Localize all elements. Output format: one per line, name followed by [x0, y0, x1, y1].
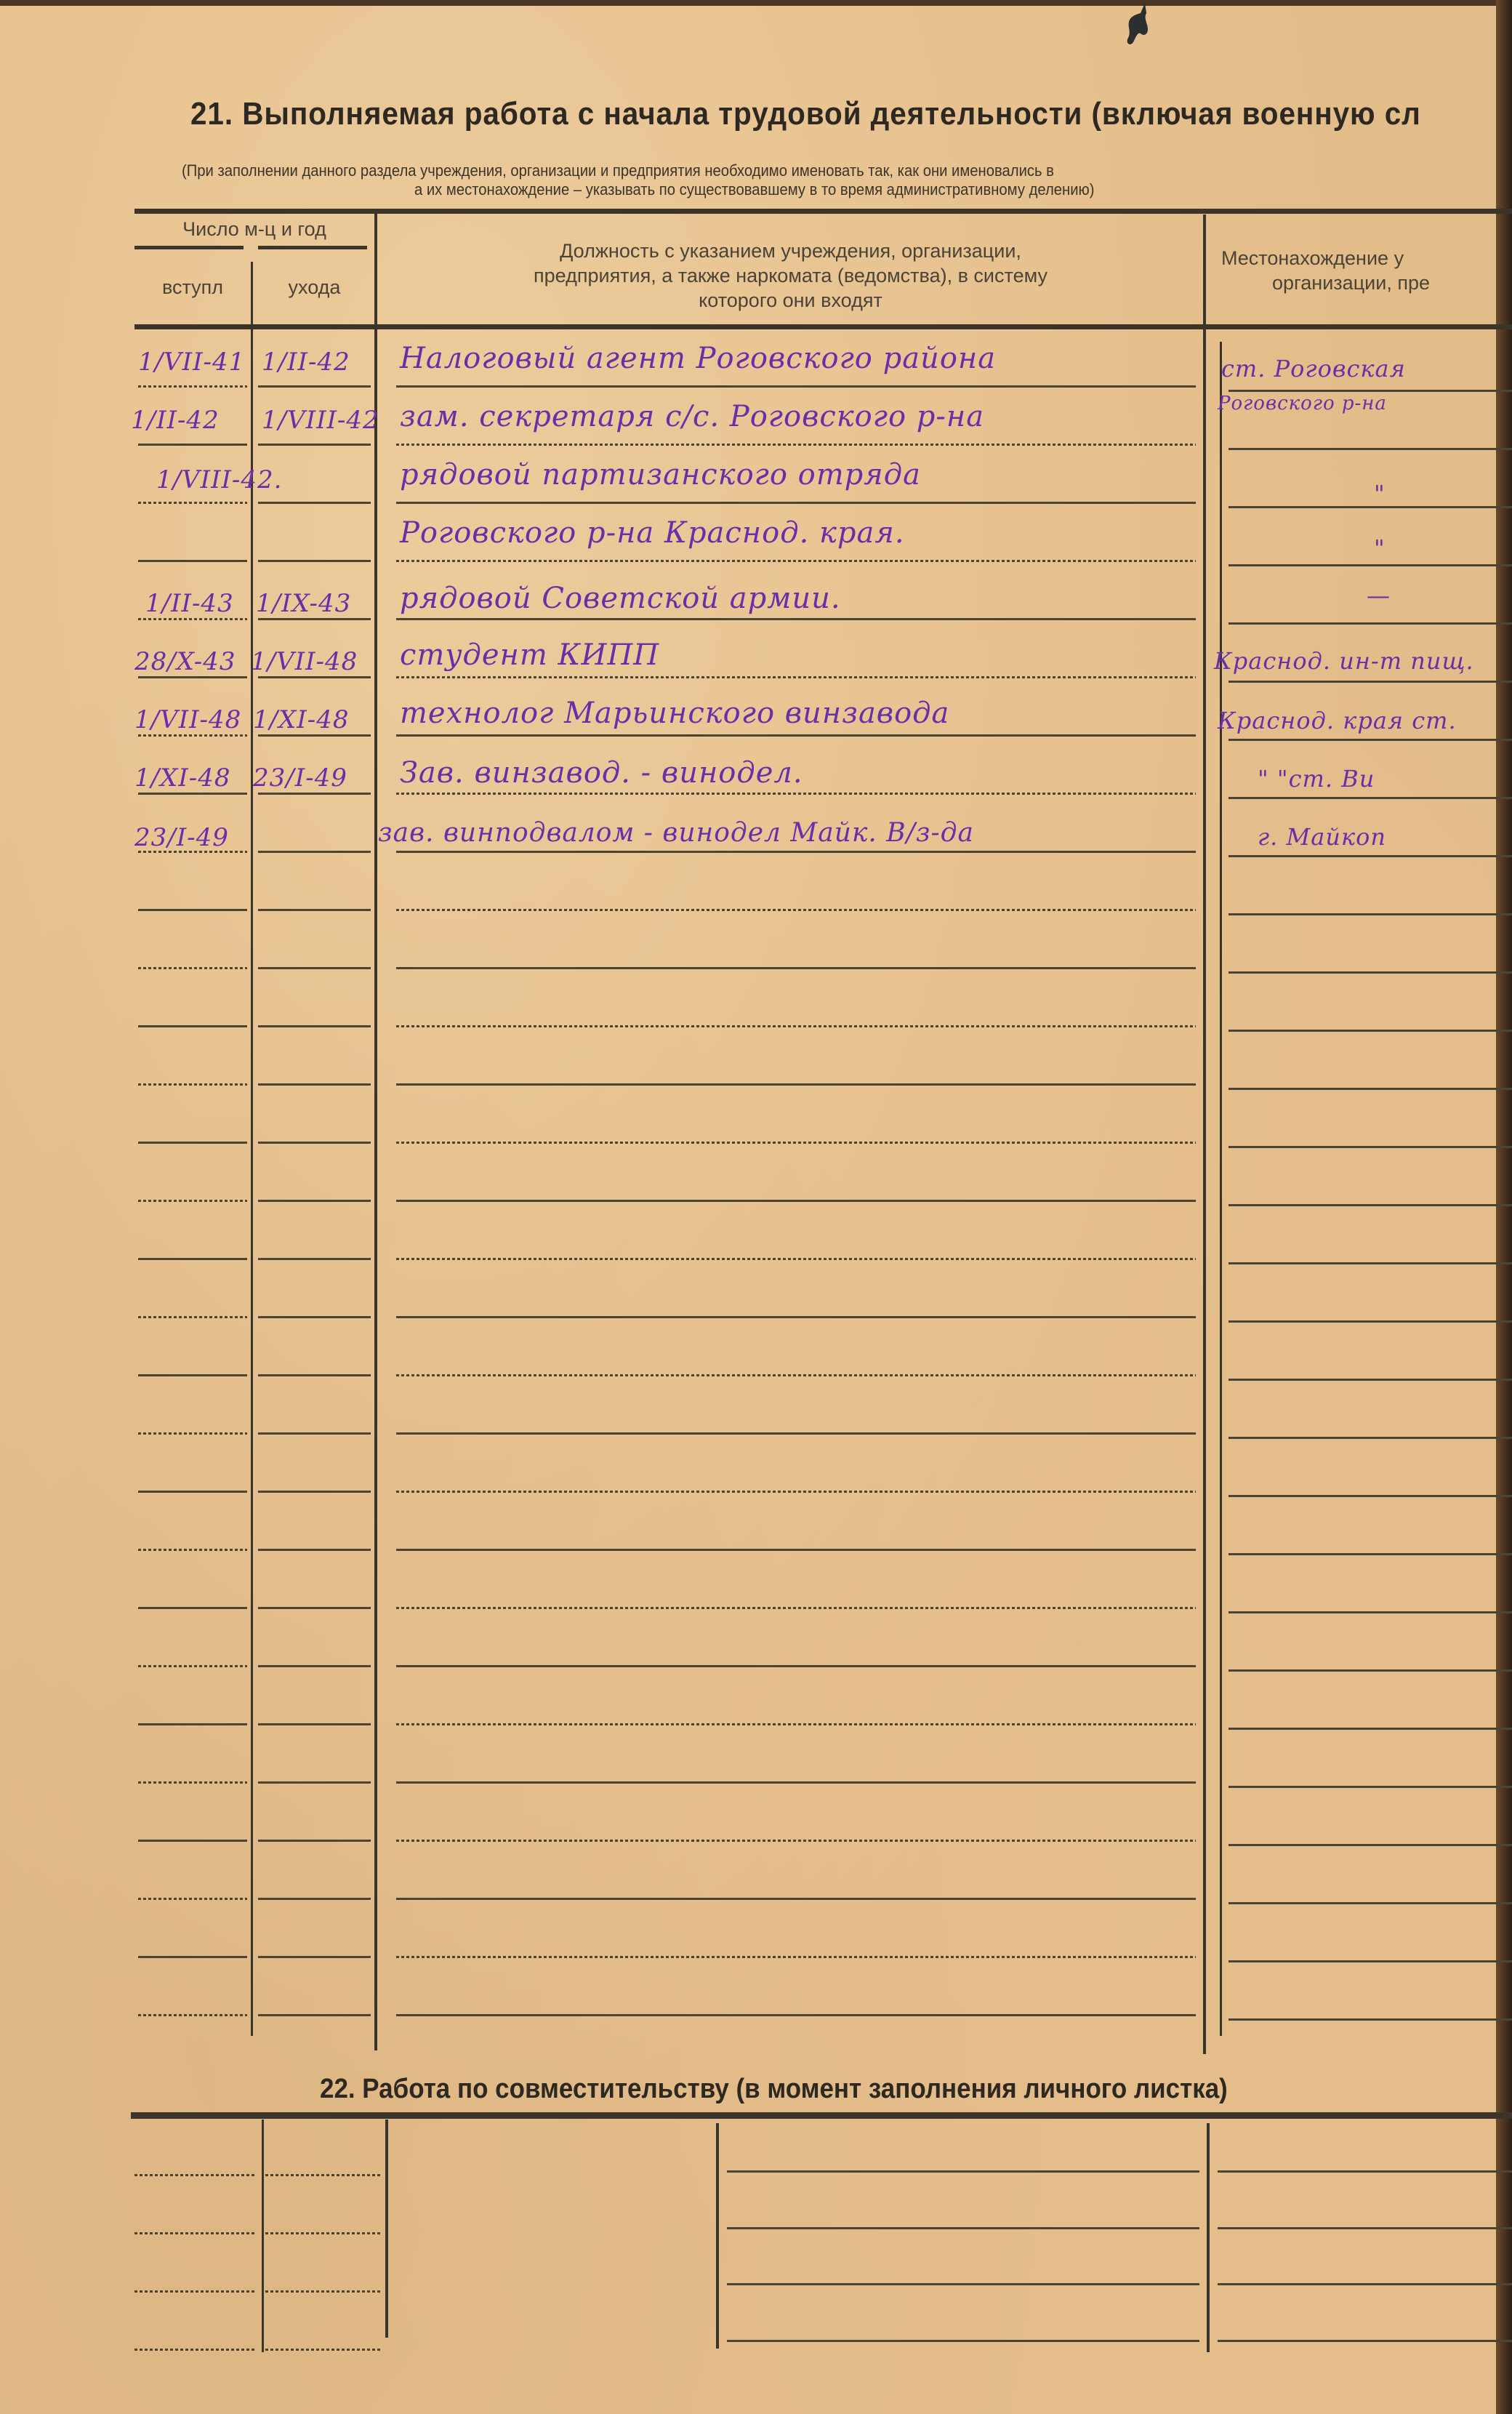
- ruled-line: [134, 2232, 254, 2234]
- ruled-line: [138, 1781, 247, 1784]
- ruled-line: [138, 1258, 247, 1260]
- ruled-line: [396, 967, 1196, 969]
- row-location: Краснод. ин-т пищ.: [1214, 647, 1474, 675]
- ruled-line: [138, 2014, 247, 2016]
- ruled-line: [258, 2014, 371, 2016]
- ruled-line: [396, 1898, 1196, 1900]
- ruled-line: [258, 618, 371, 620]
- ruled-line: [258, 793, 371, 795]
- ruled-line: [1228, 971, 1512, 974]
- ruled-line: [396, 1142, 1196, 1144]
- table-top-rule: [134, 209, 1512, 214]
- ruled-line: [396, 1549, 1196, 1551]
- ruled-line: [265, 2174, 382, 2176]
- ruled-line: [727, 2340, 1199, 2342]
- ruled-line: [1228, 1030, 1512, 1032]
- row-position: рядовой Советской армии.: [400, 582, 841, 615]
- ruled-line: [1228, 1728, 1512, 1730]
- ruled-line: [396, 618, 1196, 620]
- ruled-line: [1228, 622, 1512, 625]
- ruled-line: [258, 734, 371, 737]
- ruled-line: [265, 2349, 382, 2351]
- ruled-line: [1228, 1669, 1512, 1672]
- ruled-line: [396, 1025, 1196, 1027]
- ruled-line: [1228, 1146, 1512, 1148]
- ruled-line: [1228, 1320, 1512, 1323]
- row-location: ст. Роговская: [1221, 355, 1406, 382]
- header-group-rule: [134, 246, 244, 249]
- ruled-line: [1218, 2227, 1512, 2229]
- row-location: Роговского р-на: [1218, 393, 1387, 414]
- ruled-line: [396, 1840, 1196, 1842]
- ruled-line: [258, 1432, 371, 1435]
- ruled-line: [396, 1432, 1196, 1435]
- ruled-line: [258, 676, 371, 678]
- row-start-date: 1/II-42: [131, 406, 220, 435]
- row-location: ": [1374, 534, 1386, 562]
- binding-edge: [1496, 0, 1512, 2414]
- ruled-line: [396, 1083, 1196, 1086]
- ruled-line: [1228, 506, 1512, 508]
- ruled-line: [396, 1607, 1196, 1609]
- ruled-line: [396, 385, 1196, 388]
- ruled-line: [1228, 448, 1512, 450]
- ruled-line: [1228, 1902, 1512, 1904]
- row-location: г. Майкоп: [1258, 823, 1386, 851]
- ruled-line: [1228, 1088, 1512, 1090]
- ruled-line: [396, 1374, 1196, 1376]
- ruled-line: [138, 1898, 247, 1900]
- ruled-line: [396, 1723, 1196, 1725]
- ruled-line: [396, 2014, 1196, 2016]
- ruled-line: [138, 967, 247, 969]
- row-end-date: 1/VIII-42: [262, 406, 379, 435]
- ruled-line: [1228, 1437, 1512, 1439]
- ruled-line: [1228, 1379, 1512, 1381]
- section-22-title: 22. Работа по совместительству (в момент…: [320, 2074, 1228, 2105]
- binding-thread-knot-icon: [1116, 3, 1159, 48]
- ruled-line: [138, 1549, 247, 1551]
- ruled-line: [1228, 1611, 1512, 1613]
- row-start-date: 1/II-43: [145, 589, 234, 618]
- ruled-line: [258, 1142, 371, 1144]
- section-21-note-line1: (При заполнении данного раздела учрежден…: [182, 161, 1054, 180]
- ruled-line: [1228, 1204, 1512, 1206]
- ruled-line: [258, 1956, 371, 1958]
- ruled-line: [138, 793, 247, 795]
- ruled-line: [138, 560, 247, 562]
- ruled-line: [727, 2170, 1199, 2173]
- ruled-line: [396, 560, 1196, 562]
- ruled-line: [1218, 2170, 1512, 2173]
- ruled-line: [727, 2283, 1199, 2285]
- ruled-line: [138, 1665, 247, 1667]
- row-position: Зав. винзавод. - винодел.: [400, 756, 803, 790]
- ruled-line: [138, 676, 247, 678]
- column-divider: [1203, 214, 1206, 2054]
- header-location: Местонахождение у организации, пре: [1207, 246, 1512, 295]
- ruled-line: [138, 1025, 247, 1027]
- column-divider: [385, 2120, 388, 2338]
- column-divider: [716, 2123, 719, 2349]
- column-divider: [1207, 2123, 1210, 2352]
- ruled-line: [138, 909, 247, 911]
- ruled-line: [258, 1840, 371, 1842]
- row-position: рядовой партизанского отряда: [400, 458, 921, 492]
- ruled-line: [258, 560, 371, 562]
- row-location: " "ст. Ви: [1258, 765, 1375, 793]
- ruled-line: [1228, 739, 1512, 741]
- header-date-group: Число м-ц и год: [134, 217, 374, 241]
- row-position: Налоговый агент Роговского района: [400, 342, 996, 375]
- ruled-line: [138, 1723, 247, 1725]
- ruled-line: [396, 1316, 1196, 1318]
- row-end-date: 1/VII-48: [251, 647, 358, 676]
- ruled-line: [396, 444, 1196, 446]
- ruled-line: [138, 1083, 247, 1086]
- ruled-line: [258, 444, 371, 446]
- ruled-line: [727, 2227, 1199, 2229]
- section-22-top-rule: [131, 2112, 1512, 2119]
- ruled-line: [1228, 681, 1512, 683]
- row-position: Роговского р-на Краснод. края.: [400, 516, 905, 550]
- ruled-line: [1228, 1844, 1512, 1846]
- row-start-date: 1/VII-48: [134, 705, 241, 734]
- ruled-line: [1228, 1262, 1512, 1264]
- row-location: —: [1367, 582, 1391, 609]
- ruled-line: [396, 1956, 1196, 1958]
- table-header-bottom-rule: [134, 324, 1512, 329]
- ruled-line: [258, 1316, 371, 1318]
- row-start-date: 1/VIII-42.: [156, 465, 283, 494]
- section-21-note-line2: а их местонахождение – указывать по суще…: [414, 180, 1094, 199]
- ruled-line: [138, 385, 247, 388]
- ruled-line: [138, 1607, 247, 1609]
- ruled-line: [1228, 797, 1512, 799]
- ruled-line: [138, 1956, 247, 1958]
- header-group-rule: [258, 246, 367, 249]
- ruled-line: [396, 734, 1196, 737]
- ruled-line: [258, 851, 371, 853]
- row-position: зам. секретаря с/с. Роговского р-на: [400, 400, 984, 433]
- row-location: Краснод. края ст.: [1218, 707, 1457, 734]
- row-start-date: 23/I-49: [134, 823, 229, 852]
- row-start-date: 28/X-43: [134, 647, 236, 676]
- column-divider: [374, 211, 377, 2050]
- ruled-line: [258, 1025, 371, 1027]
- ruled-line: [1218, 2283, 1512, 2285]
- ruled-line: [265, 2232, 382, 2234]
- ruled-line: [396, 1258, 1196, 1260]
- row-start-date: 1/XI-48: [134, 763, 230, 793]
- ruled-line: [1228, 2018, 1512, 2021]
- ruled-line: [258, 1549, 371, 1551]
- ruled-line: [138, 1142, 247, 1144]
- column-divider: [251, 262, 253, 2036]
- ruled-line: [138, 1491, 247, 1493]
- row-location: ": [1374, 480, 1386, 508]
- ruled-line: [258, 909, 371, 911]
- ruled-line: [138, 1316, 247, 1318]
- row-position: зав. винподвалом - винодел Майк. В/з-да: [378, 818, 974, 848]
- ruled-line: [396, 1200, 1196, 1202]
- ruled-line: [1228, 1495, 1512, 1497]
- ruled-line: [396, 793, 1196, 795]
- ruled-line: [258, 1083, 371, 1086]
- ruled-line: [258, 1781, 371, 1784]
- section-21-title: 21. Выполняемая работа с начала трудовой…: [190, 96, 1421, 132]
- row-end-date: 23/I-49: [253, 763, 347, 793]
- ruled-line: [258, 502, 371, 504]
- ruled-line: [258, 1665, 371, 1667]
- column-divider: [1220, 342, 1222, 2036]
- ruled-line: [258, 1200, 371, 1202]
- ruled-line: [134, 2349, 254, 2351]
- ruled-line: [1228, 1553, 1512, 1555]
- ruled-line: [396, 1491, 1196, 1493]
- ruled-line: [258, 1374, 371, 1376]
- column-divider: [262, 2120, 264, 2352]
- ruled-line: [138, 734, 247, 737]
- ruled-line: [138, 1432, 247, 1435]
- ruled-line: [138, 1374, 247, 1376]
- ruled-line: [1228, 913, 1512, 915]
- ruled-line: [138, 444, 247, 446]
- header-start-date: вступл: [134, 275, 251, 300]
- ruled-line: [138, 502, 247, 504]
- ruled-line: [138, 1200, 247, 1202]
- row-end-date: 1/XI-48: [253, 705, 349, 734]
- ruled-line: [258, 1723, 371, 1725]
- ruled-line: [1228, 855, 1512, 857]
- row-position: технолог Марьинского винзавода: [400, 697, 949, 730]
- row-start-date: 1/VII-41: [138, 348, 245, 377]
- ruled-line: [138, 618, 247, 620]
- ruled-line: [258, 1258, 371, 1260]
- ruled-line: [1228, 390, 1512, 392]
- page-top-edge: [0, 0, 1512, 6]
- ruled-line: [1228, 564, 1512, 566]
- row-position: студент КИПП: [400, 638, 659, 672]
- row-end-date: 1/II-42: [262, 348, 350, 377]
- ruled-line: [258, 967, 371, 969]
- ruled-line: [134, 2290, 254, 2293]
- ruled-line: [396, 851, 1196, 853]
- header-end-date: ухода: [254, 275, 374, 300]
- ruled-line: [258, 1607, 371, 1609]
- row-end-date: 1/IX-43: [256, 589, 351, 618]
- ruled-line: [1218, 2340, 1512, 2342]
- ruled-line: [396, 909, 1196, 911]
- ruled-line: [396, 1781, 1196, 1784]
- ruled-line: [265, 2290, 382, 2293]
- ruled-line: [258, 385, 371, 388]
- ruled-line: [396, 1665, 1196, 1667]
- ruled-line: [138, 1840, 247, 1842]
- ruled-line: [258, 1491, 371, 1493]
- ruled-line: [1228, 1960, 1512, 1962]
- ruled-line: [258, 1898, 371, 1900]
- header-position: Должность с указанием учреждения, органи…: [378, 238, 1203, 313]
- ruled-line: [134, 2174, 254, 2176]
- ruled-line: [396, 502, 1196, 504]
- ruled-line: [1228, 1786, 1512, 1788]
- ruled-line: [396, 676, 1196, 678]
